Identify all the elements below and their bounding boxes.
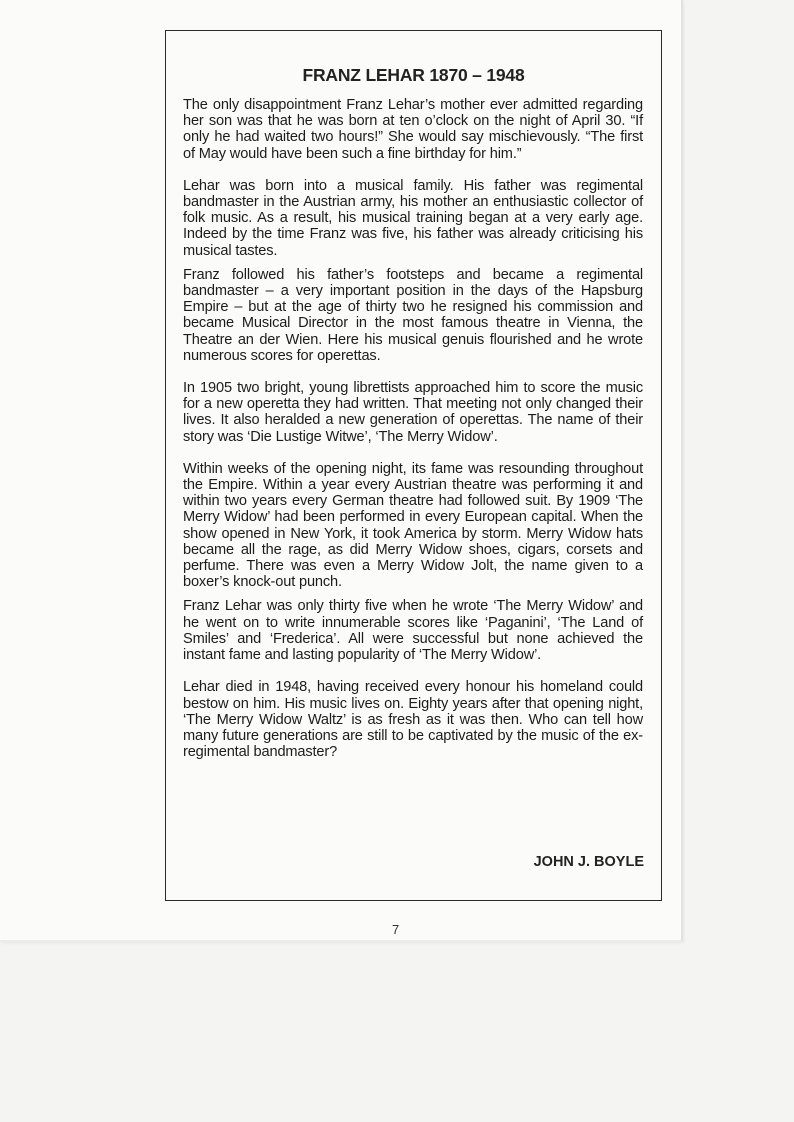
article-box: FRANZ LEHAR 1870 – 1948 The only disappo… bbox=[165, 30, 662, 901]
article-body: The only disappointment Franz Lehar’s mo… bbox=[183, 97, 643, 776]
paragraph-birth: The only disappointment Franz Lehar’s mo… bbox=[183, 97, 643, 162]
paragraph-fame: Within weeks of the opening night, its f… bbox=[183, 461, 643, 591]
paragraph-career: Franz followed his father’s footsteps an… bbox=[183, 267, 643, 364]
booklet-page: FRANZ LEHAR 1870 – 1948 The only disappo… bbox=[0, 0, 683, 942]
paragraph-legacy: Lehar died in 1948, having received ever… bbox=[183, 679, 643, 760]
author-signature: JOHN J. BOYLE bbox=[534, 854, 644, 870]
paragraph-family: Lehar was born into a musical family. Hi… bbox=[183, 178, 643, 259]
page-number: 7 bbox=[392, 922, 399, 937]
paragraph-later-works: Franz Lehar was only thirty five when he… bbox=[183, 598, 643, 663]
article-title: FRANZ LEHAR 1870 – 1948 bbox=[166, 65, 661, 86]
paragraph-librettists: In 1905 two bright, young librettists ap… bbox=[183, 380, 643, 445]
